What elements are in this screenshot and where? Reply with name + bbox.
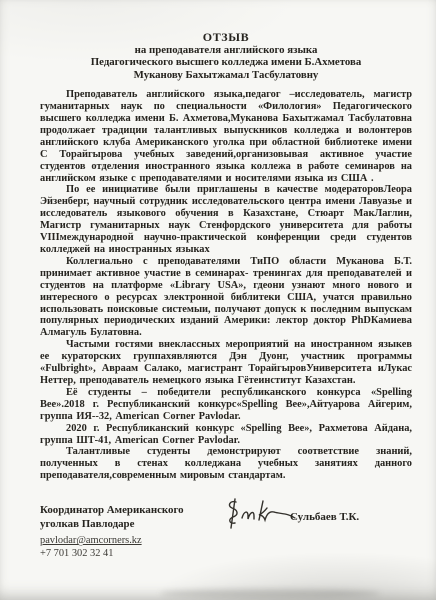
document-subtitle-line-1: на преподавателя английского языка [40, 44, 412, 56]
paragraph-1: Преподаватель английского языка,педагог … [40, 89, 412, 184]
document-subtitle-line-2: Педагогического высшего колледжа имени Б… [40, 56, 412, 68]
scanned-document-page: ОТЗЫВ на преподавателя английского языка… [0, 0, 436, 600]
signer-name: Сульбаев Т.К. [290, 511, 359, 523]
document-title-block: ОТЗЫВ на преподавателя английского языка… [40, 30, 412, 81]
document-text-area: ОТЗЫВ на преподавателя английского языка… [40, 30, 412, 584]
paragraph-2: По ее инициативе были приглашены в качес… [40, 184, 412, 255]
handwritten-signature-icon [222, 498, 300, 538]
paragraph-6: 2020 г. Республиканский конкурс «Spellin… [40, 423, 412, 447]
paragraph-7: Талантливые студенты демонстрируют соотв… [40, 446, 412, 482]
document-title: ОТЗЫВ [40, 30, 412, 44]
scan-shadow [160, 589, 380, 598]
signer-phone: +7 701 302 32 41 [40, 547, 412, 560]
paragraph-3: Коллегиально с преподавателями ТиПО обла… [40, 256, 412, 339]
document-subtitle-line-3: Муканову Бахытжамал Тасбулатовну [40, 69, 412, 81]
paragraph-5: Её студенты – победители республиканског… [40, 387, 412, 423]
paragraph-4: Частыми гостями внеклассных мероприятий … [40, 339, 412, 387]
signature-block: Координатор Американского уголкав Павлод… [40, 504, 412, 584]
